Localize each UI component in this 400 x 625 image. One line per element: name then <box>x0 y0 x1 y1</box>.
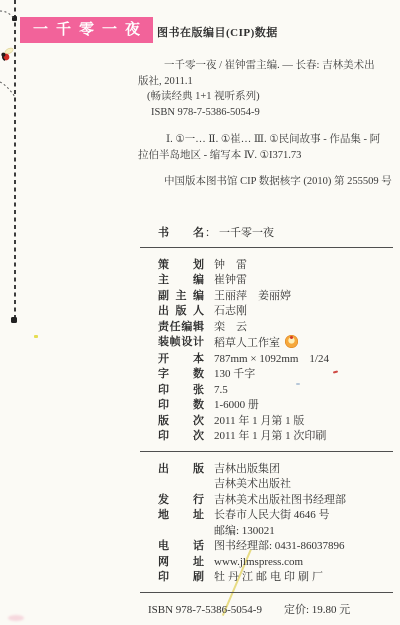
spec-value: 图书经理部: 0431-86037896 <box>214 540 344 552</box>
dotted-curve-top <box>0 11 14 19</box>
spec-row-book-title: 书名：一千零一夜 <box>158 226 393 242</box>
cip-series-note: (畅读经典 1+1 视听系列) <box>147 89 396 105</box>
spec-value-group: 长春市人民大街 4646 号 邮编: 130021 <box>214 508 330 539</box>
spec-row-responsible-editor: 责任编辑栾 云 <box>158 320 393 336</box>
spec-value-line2: 邮编: 130021 <box>214 524 330 540</box>
spec-row-printer: 印刷牡丹江邮电印刷厂 <box>158 570 393 586</box>
spec-label: 出版 <box>158 462 204 493</box>
spec-label: 电话 <box>158 539 204 555</box>
spec-label: 开本 <box>158 352 204 368</box>
spec-value: 2011 年 1 月第 1 版 <box>214 415 304 427</box>
spec-row-print-run: 印数1-6000 册 <box>158 398 393 414</box>
spec-value: 栾 云 <box>214 321 247 333</box>
spec-label: 副主编 <box>158 289 204 305</box>
divider-rule-2 <box>140 451 393 452</box>
spec-value: 787mm × 1092mm 1/24 <box>214 353 329 365</box>
spec-label: 印数 <box>158 398 204 414</box>
spec-value-line2: 吉林美术出版社 <box>214 477 291 493</box>
spec-value: 吉林出版集团 <box>214 462 291 478</box>
spec-row-distributor: 发行吉林美术出版社图书经理部 <box>158 493 393 509</box>
spec-value: 1-6000 册 <box>214 399 259 411</box>
cip-data-block: 一千零一夜 / 崔钟雷主编. — 长春: 吉林美术出 版社, 2011.1 (畅… <box>138 58 396 190</box>
spec-value: 王丽萍 姜丽婷 <box>214 290 291 302</box>
spec-label: 印次 <box>158 429 204 445</box>
spec-row-design-studio: 装帧设计稻草人工作室 <box>158 335 393 352</box>
cip-classification-line-1: Ⅰ. ①一… Ⅱ. ①崔… Ⅲ. ①民间故事 - 作品集 - 阿 <box>166 132 396 148</box>
spec-value: 稻草人工作室 <box>214 337 280 349</box>
dotted-curve-mid <box>0 82 15 97</box>
cip-copyright-page: 一千零一夜 图书在版编目(CIP)数据 一千零一夜 / 崔钟雷主编. — 长春:… <box>0 0 400 625</box>
book-title-banner-text: 一千零一夜 <box>33 21 148 38</box>
spec-value: 130 千字 <box>214 368 255 380</box>
yellow-speck-artifact <box>34 335 38 338</box>
spec-row-chief-editor: 主编崔钟雷 <box>158 273 393 289</box>
pink-smudge-artifact <box>8 615 24 621</box>
cip-isbn-line: ISBN 978-7-5386-5054-9 <box>151 105 396 121</box>
cip-catalog-line-1: 一千零一夜 / 崔钟雷主编. — 长春: 吉林美术出 <box>164 58 396 74</box>
spec-value website-url: www.jlmspress.com <box>214 556 303 568</box>
spec-row-publisher-person: 出版人石志刚 <box>158 304 393 320</box>
footer-isbn: ISBN 978-7-5386-5054-9 <box>148 604 262 616</box>
cip-catalog-line-2: 版社, 2011.1 <box>138 74 396 90</box>
book-spec-block: 书名：一千零一夜 策划钟 雷 主编崔钟雷 副主编王丽萍 姜丽婷 出版人石志刚 责… <box>158 226 393 618</box>
spec-row-website: 网址www.jlmspress.com <box>158 555 393 571</box>
spec-row-publisher: 出版 吉林出版集团 吉林美术出版社 <box>158 462 393 493</box>
cip-heading: 图书在版编目(CIP)数据 <box>157 24 278 40</box>
spec-row-edition: 版次2011 年 1 月第 1 版 <box>158 414 393 430</box>
spec-label: 装帧设计 <box>158 335 204 351</box>
spec-label: 印张 <box>158 383 204 399</box>
label-colon: ： <box>205 227 216 239</box>
spec-value: 长春市人民大街 4646 号 <box>214 508 330 524</box>
spec-value: 钟 雷 <box>214 259 247 271</box>
spec-row-phone: 电话图书经理部: 0431-86037896 <box>158 539 393 555</box>
spec-row-sheets: 印张7.5 <box>158 383 393 399</box>
spec-row-planner: 策划钟 雷 <box>158 258 393 274</box>
spec-value: 吉林美术出版社图书经理部 <box>214 494 346 506</box>
spec-row-deputy-editors: 副主编王丽萍 姜丽婷 <box>158 289 393 305</box>
spec-label: 字数 <box>158 367 204 383</box>
spec-label: 书名 <box>158 226 204 242</box>
spec-row-format: 开本787mm × 1092mm 1/24 <box>158 352 393 368</box>
isbn-price-row: ISBN 978-7-5386-5054-9定价: 19.80 元 <box>148 603 393 619</box>
spec-label: 责任编辑 <box>158 320 204 336</box>
spec-label: 发行 <box>158 493 204 509</box>
divider-rule-3 <box>140 592 393 593</box>
spec-value: 7.5 <box>214 384 228 396</box>
spec-value: 一千零一夜 <box>219 227 274 239</box>
spec-label: 地址 <box>158 508 204 539</box>
spec-label: 出版人 <box>158 304 204 320</box>
spec-value-group: 吉林出版集团 吉林美术出版社 <box>214 462 291 493</box>
spec-value: 牡丹江邮电印刷厂 <box>214 571 326 583</box>
scarecrow-studio-icon <box>285 335 298 348</box>
footer-price: 定价: 19.80 元 <box>284 604 350 616</box>
spec-value: 崔钟雷 <box>214 274 247 286</box>
spec-label: 印刷 <box>158 570 204 586</box>
bee-icon <box>1 47 14 61</box>
spec-label: 主编 <box>158 273 204 289</box>
series-title-banner: 一千零一夜 <box>20 17 153 43</box>
dashed-line-end-dot <box>11 317 17 323</box>
spec-value: 石志刚 <box>214 305 247 317</box>
spec-row-address: 地址 长春市人民大街 4646 号 邮编: 130021 <box>158 508 393 539</box>
spec-label: 版次 <box>158 414 204 430</box>
divider-rule-1 <box>140 247 393 248</box>
spec-label: 策划 <box>158 258 204 274</box>
spec-label: 网址 <box>158 555 204 571</box>
cip-registry-number: 中国版本图书馆 CIP 数据核字 (2010) 第 255509 号 <box>164 174 396 190</box>
spec-value: 2011 年 1 月第 1 次印刷 <box>214 430 326 442</box>
cip-classification-line-2: 拉伯半岛地区 - 缩写本 Ⅳ. ①I371.73 <box>138 148 396 164</box>
spec-row-impression: 印次2011 年 1 月第 1 次印刷 <box>158 429 393 445</box>
spec-row-word-count: 字数130 千字 <box>158 367 393 383</box>
